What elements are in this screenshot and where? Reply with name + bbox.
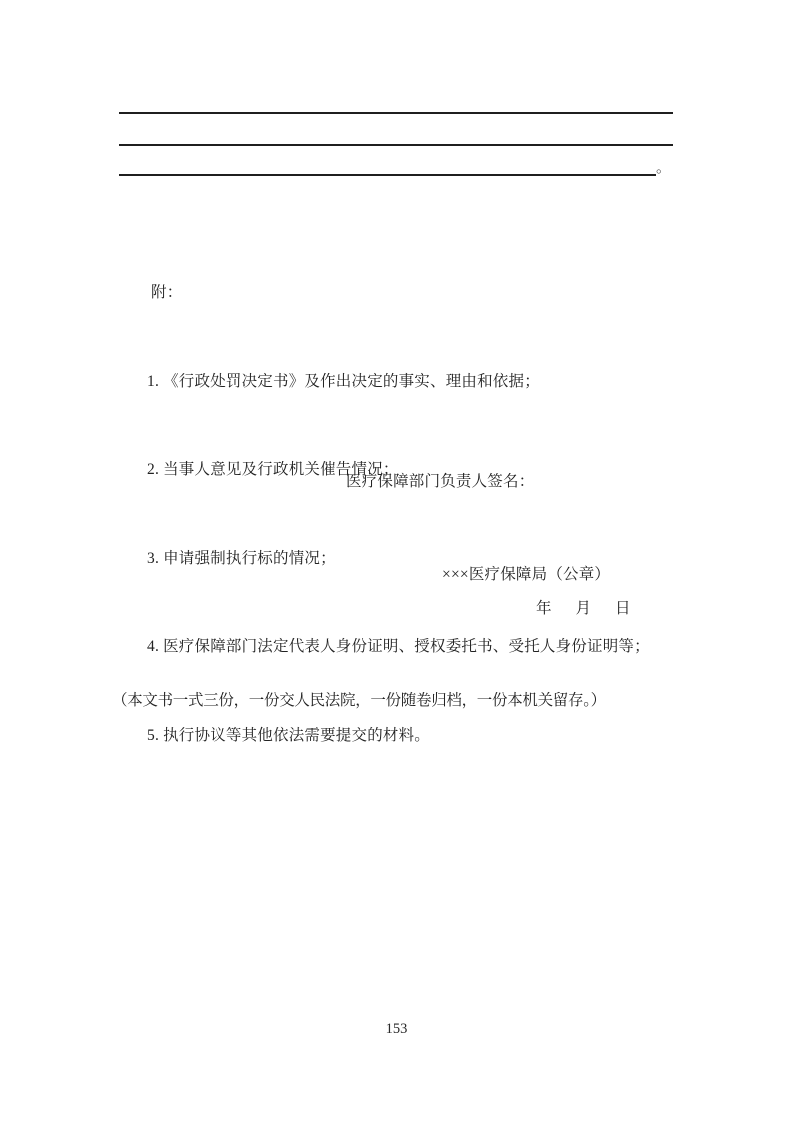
date-year-label: 年 bbox=[536, 596, 552, 618]
authority-stamp-line: ×××医疗保障局（公章） bbox=[442, 562, 610, 584]
signature-label: 医疗保障部门负责人签名： bbox=[346, 469, 534, 491]
date-month-label: 月 bbox=[576, 596, 592, 618]
blank-fill-line-2 bbox=[119, 144, 673, 146]
distribution-note: （本文书一式三份，一份交人民法院，一份随卷归档，一份本机关留存。） bbox=[112, 688, 606, 710]
blank-fill-line-1 bbox=[119, 112, 673, 114]
page-number: 153 bbox=[0, 1021, 793, 1038]
attachment-label: 附： bbox=[147, 278, 650, 308]
blank-fill-line-3 bbox=[119, 174, 656, 176]
attachment-section: 附： 1. 《行政处罚决定书》及作出决定的事实、理由和依据； 2. 当事人意见及… bbox=[147, 219, 650, 809]
attachment-item-1: 1. 《行政处罚决定书》及作出决定的事实、理由和依据； bbox=[147, 367, 650, 397]
document-page: 。 附： 1. 《行政处罚决定书》及作出决定的事实、理由和依据； 2. 当事人意… bbox=[0, 0, 793, 1122]
attachment-item-5: 5. 执行协议等其他依法需要提交的材料。 bbox=[147, 721, 650, 751]
date-day-label: 日 bbox=[615, 596, 631, 618]
date-line: 年 月 日 bbox=[536, 596, 631, 618]
blank-line-terminator-period: 。 bbox=[656, 161, 671, 176]
attachment-item-4: 4. 医疗保障部门法定代表人身份证明、授权委托书、受托人身份证明等； bbox=[147, 632, 650, 662]
